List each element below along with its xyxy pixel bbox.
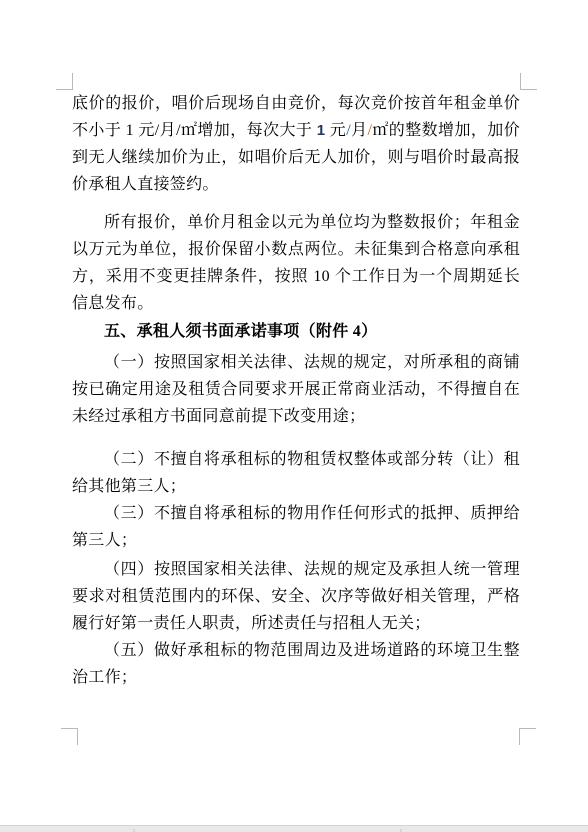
text-boundary-mark-bottom-left: [61, 728, 78, 745]
commitment-item-1: （一）按照国家相关法律、法规的规定，对所承租的商铺按已确定用途及租赁合同要求开展…: [72, 349, 520, 430]
text-boundary-mark-top-left: [56, 73, 73, 90]
text-boundary-mark-top-right: [520, 73, 537, 90]
commitment-item-3: （三）不擅自将承租标的物用作任何形式的抵押、质押给第三人；: [72, 500, 520, 554]
paragraph-quotation-rules: 所有报价，单价月租金以元为单位均为整数报价；年租金以万元为单位，报价保留小数点两…: [72, 209, 520, 317]
paragraph-bidding-rules: 底价的报价，唱价后现场自由竞价，每次竞价按首年租金单价不小于 1 元/月/㎡增加…: [72, 90, 520, 198]
paragraph-1-month: 月: [351, 122, 368, 139]
commitment-item-2: （二）不擅自将承租标的物租赁权整体或部分转（让）租给其他第三人；: [72, 446, 520, 500]
inter-page-gap: [0, 825, 588, 832]
section-heading-5: 五、承租人须书面承诺事项（附件 4）: [72, 318, 520, 345]
paragraph-1-yuan: 元: [325, 122, 346, 139]
commitment-item-4: （四）按照国家相关法律、法规的规定及承担人统一管理要求对租赁范围内的环保、安全、…: [72, 556, 520, 637]
commitment-item-5: （五）做好承租标的物范围周边及进场道路的环境卫生整治工作；: [72, 637, 520, 691]
document-page[interactable]: 底价的报价，唱价后现场自由竞价，每次竞价按首年租金单价不小于 1 元/月/㎡增加…: [0, 0, 588, 832]
text-boundary-mark-bottom-right: [519, 728, 536, 745]
document-text-area: 底价的报价，唱价后现场自由竞价，每次竞价按首年租金单价不小于 1 元/月/㎡增加…: [72, 90, 520, 691]
